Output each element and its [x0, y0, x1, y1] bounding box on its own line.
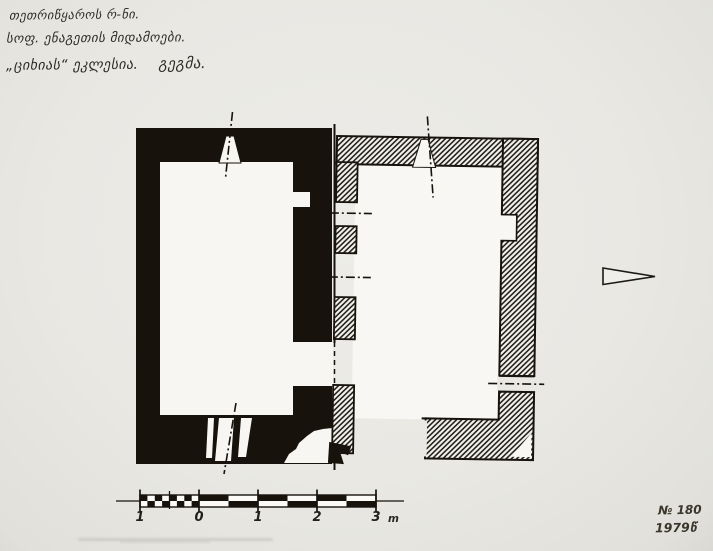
- scanned-drawing-photo: თეთრიწყაროს რ-ნი. სოფ. ენაგეთის მიდამოებ…: [0, 0, 713, 551]
- right-plan-wall-east: [499, 139, 538, 377]
- right-plan-pier-3: [334, 297, 356, 339]
- scan-smudge-2: [120, 541, 210, 543]
- right-plan-wall-south-open-end: [424, 420, 428, 456]
- right-plan-pier-2: [335, 226, 356, 253]
- north-arrow-icon: [603, 268, 655, 285]
- right-plan-interior: [352, 160, 506, 420]
- scale-label-3: 3: [368, 510, 384, 525]
- scale-label-2: 2: [309, 510, 325, 525]
- inventory-year: 1979წ: [655, 520, 697, 536]
- plan-drawing: [0, 0, 713, 551]
- right-plan-west-opening2-axis: [329, 277, 371, 278]
- right-plan-pier-1: [336, 162, 358, 202]
- right-plan-west-opening1-axis: [330, 213, 372, 214]
- left-plan-door-east: [293, 342, 333, 386]
- scale-unit-label: m: [388, 513, 399, 525]
- left-plan: [136, 112, 333, 474]
- left-plan-interior: [160, 162, 293, 415]
- left-plan-niche: [293, 192, 310, 207]
- right-plan: [326, 115, 548, 467]
- scale-label-minus1: 1: [132, 510, 148, 525]
- right-plan-niche: [498, 215, 516, 241]
- scale-label-1: 1: [250, 510, 266, 525]
- inventory-number: № 180: [658, 503, 702, 518]
- right-plan-pier-4: [332, 385, 354, 453]
- scale-label-0: 0: [191, 510, 207, 525]
- scale-bar: [116, 490, 404, 512]
